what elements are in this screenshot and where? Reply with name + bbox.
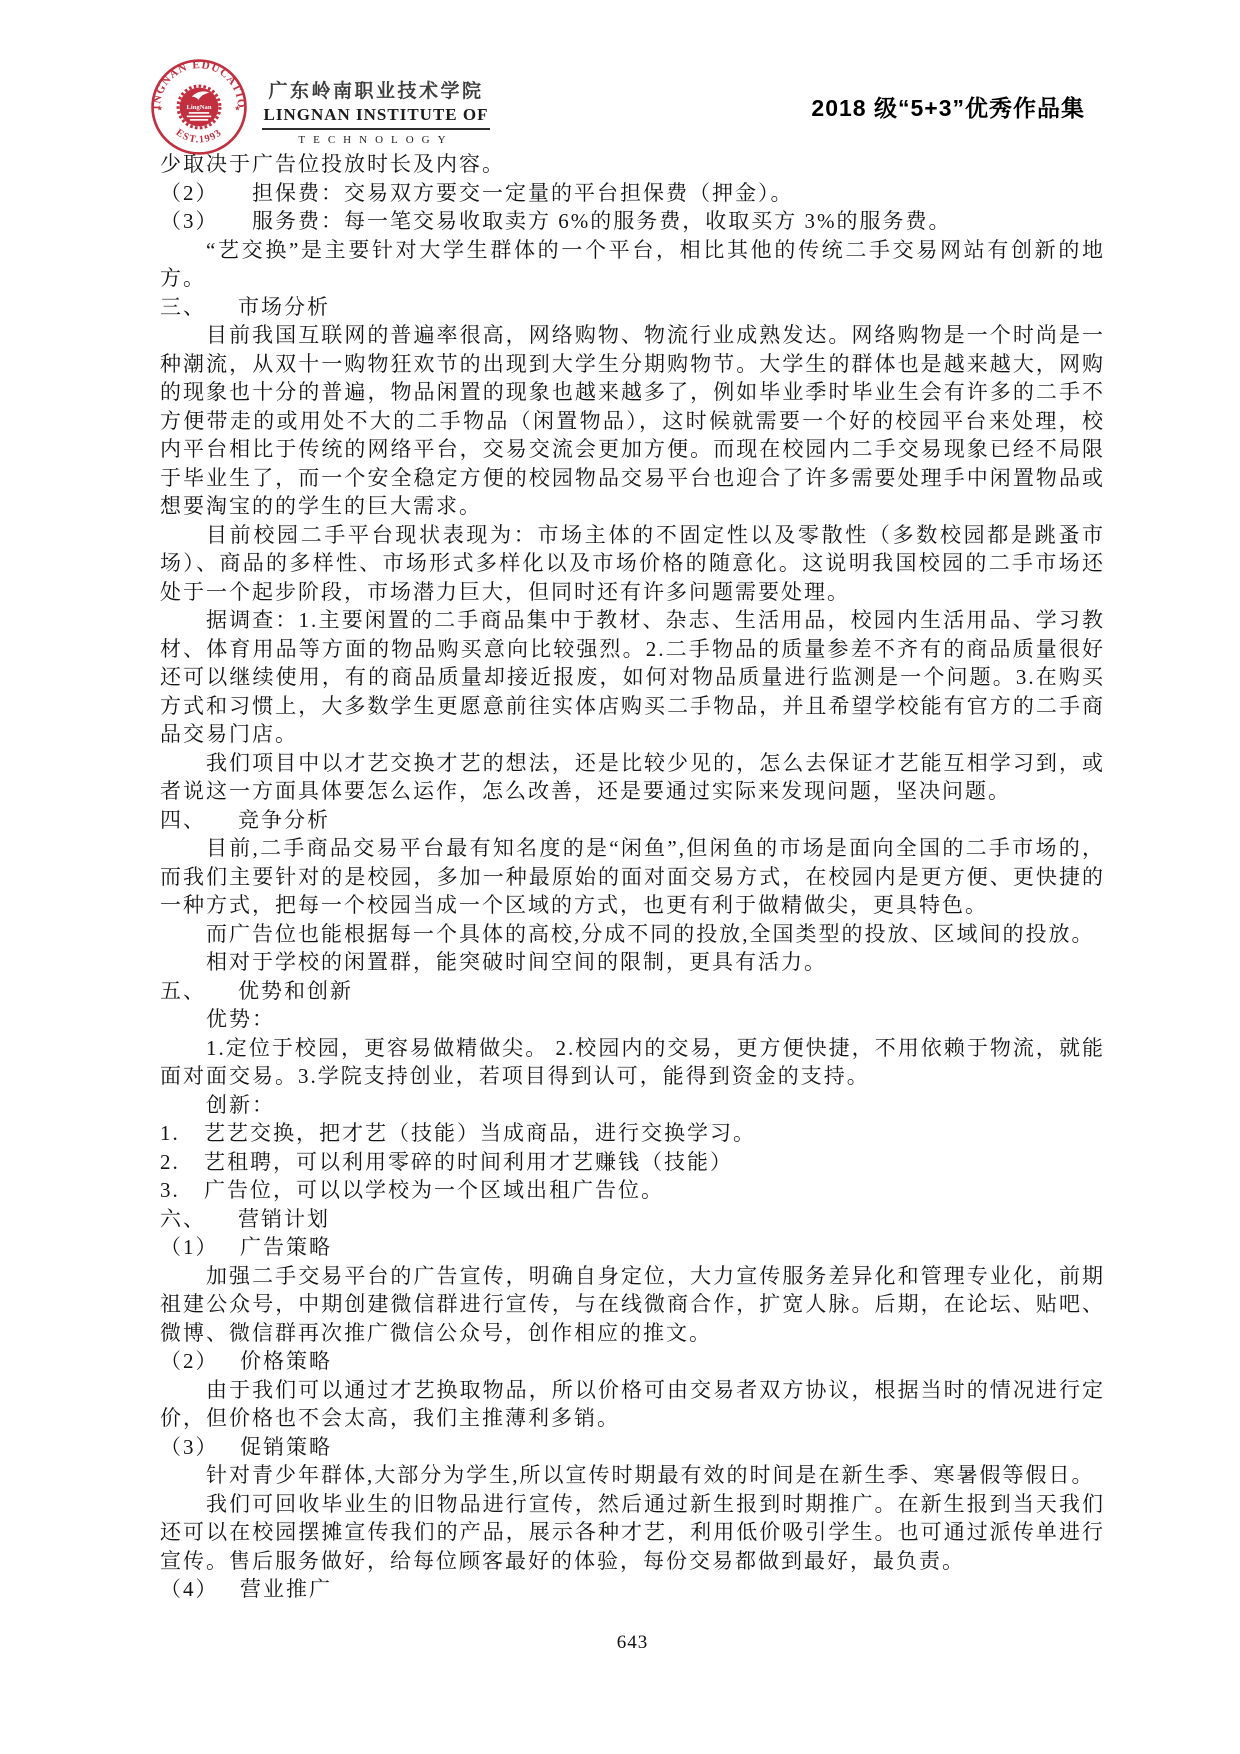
sub-number: （1） [160, 1233, 240, 1262]
item-number: （3） [160, 207, 252, 236]
paragraph: 目前我国互联网的普遍率很高，网络购物、物流行业成熟发达。网络购物是一个时尚是一种… [160, 321, 1105, 521]
section-heading: 三、市场分析 [160, 293, 1105, 322]
section-title: 市场分析 [238, 295, 330, 319]
section-number: 六、 [160, 1205, 238, 1234]
paragraph-continuation: 少取决于广告位投放时长及内容。 [160, 150, 1105, 179]
section-heading: 六、营销计划 [160, 1205, 1105, 1234]
section-title: 营销计划 [238, 1207, 330, 1231]
list-number: 3. [160, 1176, 204, 1205]
sub-title: 促销策略 [240, 1435, 332, 1459]
sub-heading: （2）价格策略 [160, 1347, 1105, 1376]
school-seal-logo: LINGNAN EDUCATION EST.1993 ★ ★ LingNan [150, 58, 248, 156]
paragraph: 针对青少年群体,大部分为学生,所以宣传时期最有效的时间是在新生季、寒暑假等假日。 [160, 1461, 1105, 1490]
paragraph: 由于我们可以通过才艺换取物品，所以价格可由交易者双方协议，根据当时的情况进行定价… [160, 1376, 1105, 1433]
paragraph: 据调查：1.主要闲置的二手商品集中于教材、杂志、生活用品，校园内生活用品、学习教… [160, 606, 1105, 749]
institute-name-en-line2: TECHNOLOGY [262, 130, 490, 146]
sub-number: （3） [160, 1433, 240, 1462]
paragraph: 而广告位也能根据每一个具体的高校,分成不同的投放,全国类型的投放、区域间的投放。 [160, 920, 1105, 949]
sub-heading: （4）营业推广 [160, 1575, 1105, 1604]
paragraph: “艺交换”是主要针对大学生群体的一个平台，相比其他的传统二手交易网站有创新的地方… [160, 236, 1105, 293]
sub-heading: （1）广告策略 [160, 1233, 1105, 1262]
sub-title: 价格策略 [240, 1349, 332, 1373]
list-number: 2. [160, 1148, 204, 1177]
list-number: 1. [160, 1119, 204, 1148]
institute-name-cn: 广东岭南职业技术学院 [262, 76, 490, 103]
svg-text:LingNan: LingNan [186, 104, 211, 111]
list-item: 2.艺租聘，可以利用零碎的时间利用才艺赚钱（技能） [160, 1148, 1105, 1177]
section-heading: 五、优势和创新 [160, 977, 1105, 1006]
paragraph: 相对于学校的闲置群，能突破时间空间的限制，更具有活力。 [160, 948, 1105, 977]
sub-number: （4） [160, 1575, 240, 1604]
sub-title: 营业推广 [240, 1577, 332, 1601]
paragraph: 1.定位于校园，更容易做精做尖。 2.校园内的交易，更方便快捷，不用依赖于物流，… [160, 1034, 1105, 1091]
paragraph: 目前,二手商品交易平台最有知名度的是“闲鱼”,但闲鱼的市场是面向全国的二手市场的… [160, 834, 1105, 920]
section-heading: 四、竞争分析 [160, 806, 1105, 835]
sub-title: 广告策略 [240, 1235, 332, 1259]
list-item: 3.广告位，可以以学校为一个区域出租广告位。 [160, 1176, 1105, 1205]
paragraph: 目前校园二手平台现状表现为：市场主体的不固定性以及零散性（多数校园都是跳蚤市场）… [160, 521, 1105, 607]
fee-item: （2）担保费：交易双方要交一定量的平台担保费（押金）。 [160, 179, 1105, 208]
svg-text:★: ★ [157, 105, 163, 113]
section-title: 优势和创新 [238, 979, 353, 1003]
sub-heading: （3）促销策略 [160, 1433, 1105, 1462]
sub-number: （2） [160, 1347, 240, 1376]
list-text: 广告位，可以以学校为一个区域出租广告位。 [204, 1178, 664, 1202]
document-page: LINGNAN EDUCATION EST.1993 ★ ★ LingNan 广… [0, 0, 1240, 1754]
section-number: 五、 [160, 977, 238, 1006]
paragraph: 加强二手交易平台的广告宣传，明确自身定位，大力宣传服务差异化和管理专业化，前期祖… [160, 1262, 1105, 1348]
item-number: （2） [160, 179, 252, 208]
item-text: 服务费：每一笔交易收取卖方 6%的服务费，收取买方 3%的服务费。 [252, 209, 951, 233]
institute-name-en-line1: LINGNAN INSTITUTE OF [262, 103, 490, 130]
section-title: 竞争分析 [238, 808, 330, 832]
paragraph: 我们可回收毕业生的旧物品进行宣传，然后通过新生报到时期推广。在新生报到当天我们还… [160, 1490, 1105, 1576]
collection-title: 2018 级“5+3”优秀作品集 [811, 90, 1085, 123]
item-text: 担保费：交易双方要交一定量的平台担保费（押金）。 [252, 181, 794, 205]
list-item: 1.艺艺交换，把才艺（技能）当成商品，进行交换学习。 [160, 1119, 1105, 1148]
svg-text:★: ★ [234, 105, 240, 113]
paragraph: 创新： [160, 1091, 1105, 1120]
section-number: 三、 [160, 293, 238, 322]
list-text: 艺艺交换，把才艺（技能）当成商品，进行交换学习。 [204, 1121, 756, 1145]
institute-name-block: 广东岭南职业技术学院 LINGNAN INSTITUTE OF TECHNOLO… [262, 76, 490, 146]
document-body: 少取决于广告位投放时长及内容。 （2）担保费：交易双方要交一定量的平台担保费（押… [160, 150, 1105, 1604]
paragraph: 我们项目中以才艺交换才艺的想法，还是比较少见的，怎么去保证才艺能互相学习到，或者… [160, 749, 1105, 806]
list-text: 艺租聘，可以利用零碎的时间利用才艺赚钱（技能） [204, 1150, 733, 1174]
paragraph: 优势： [160, 1005, 1105, 1034]
page-number: 643 [160, 1632, 1105, 1654]
section-number: 四、 [160, 806, 238, 835]
seal-icon: LINGNAN EDUCATION EST.1993 ★ ★ LingNan [150, 58, 248, 156]
fee-item: （3）服务费：每一笔交易收取卖方 6%的服务费，收取买方 3%的服务费。 [160, 207, 1105, 236]
